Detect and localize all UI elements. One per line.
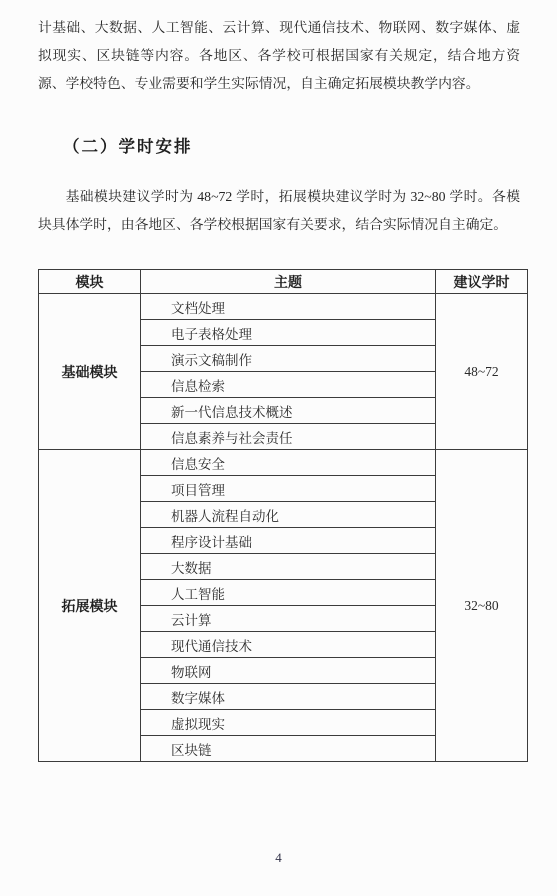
table-row: 基础模块文档处理48~72 (39, 294, 528, 320)
topic-cell: 信息素养与社会责任 (141, 424, 436, 450)
topic-cell: 项目管理 (141, 476, 436, 502)
page-number: 4 (0, 850, 557, 866)
module-cell: 拓展模块 (39, 450, 141, 762)
topic-cell: 新一代信息技术概述 (141, 398, 436, 424)
module-cell: 基础模块 (39, 294, 141, 450)
topic-cell: 文档处理 (141, 294, 436, 320)
topic-cell: 信息安全 (141, 450, 436, 476)
hours-cell: 48~72 (436, 294, 528, 450)
header-module: 模块 (39, 270, 141, 294)
table-row: 拓展模块信息安全32~80 (39, 450, 528, 476)
topic-cell: 物联网 (141, 658, 436, 684)
topic-cell: 云计算 (141, 606, 436, 632)
topic-cell: 现代通信技术 (141, 632, 436, 658)
hours-cell: 32~80 (436, 450, 528, 762)
topic-cell: 机器人流程自动化 (141, 502, 436, 528)
topic-cell: 电子表格处理 (141, 320, 436, 346)
section-heading: （二）学时安排 (63, 133, 520, 157)
topic-cell: 信息检索 (141, 372, 436, 398)
table-header-row: 模块 主题 建议学时 (39, 270, 528, 294)
topic-cell: 人工智能 (141, 580, 436, 606)
topic-cell: 虚拟现实 (141, 710, 436, 736)
topic-cell: 演示文稿制作 (141, 346, 436, 372)
header-hours: 建议学时 (436, 270, 528, 294)
modules-hours-table: 模块 主题 建议学时 基础模块文档处理48~72电子表格处理演示文稿制作信息检索… (38, 269, 528, 762)
topic-cell: 大数据 (141, 554, 436, 580)
topic-cell: 区块链 (141, 736, 436, 762)
header-topic: 主题 (141, 270, 436, 294)
intro-paragraph: 计基础、大数据、人工智能、云计算、现代通信技术、物联网、数字媒体、虚拟现实、区块… (38, 14, 520, 98)
hours-paragraph: 基础模块建议学时为 48~72 学时，拓展模块建议学时为 32~80 学时。各模… (38, 183, 520, 239)
document-page: 计基础、大数据、人工智能、云计算、现代通信技术、物联网、数字媒体、虚拟现实、区块… (0, 0, 557, 896)
topic-cell: 数字媒体 (141, 684, 436, 710)
topic-cell: 程序设计基础 (141, 528, 436, 554)
